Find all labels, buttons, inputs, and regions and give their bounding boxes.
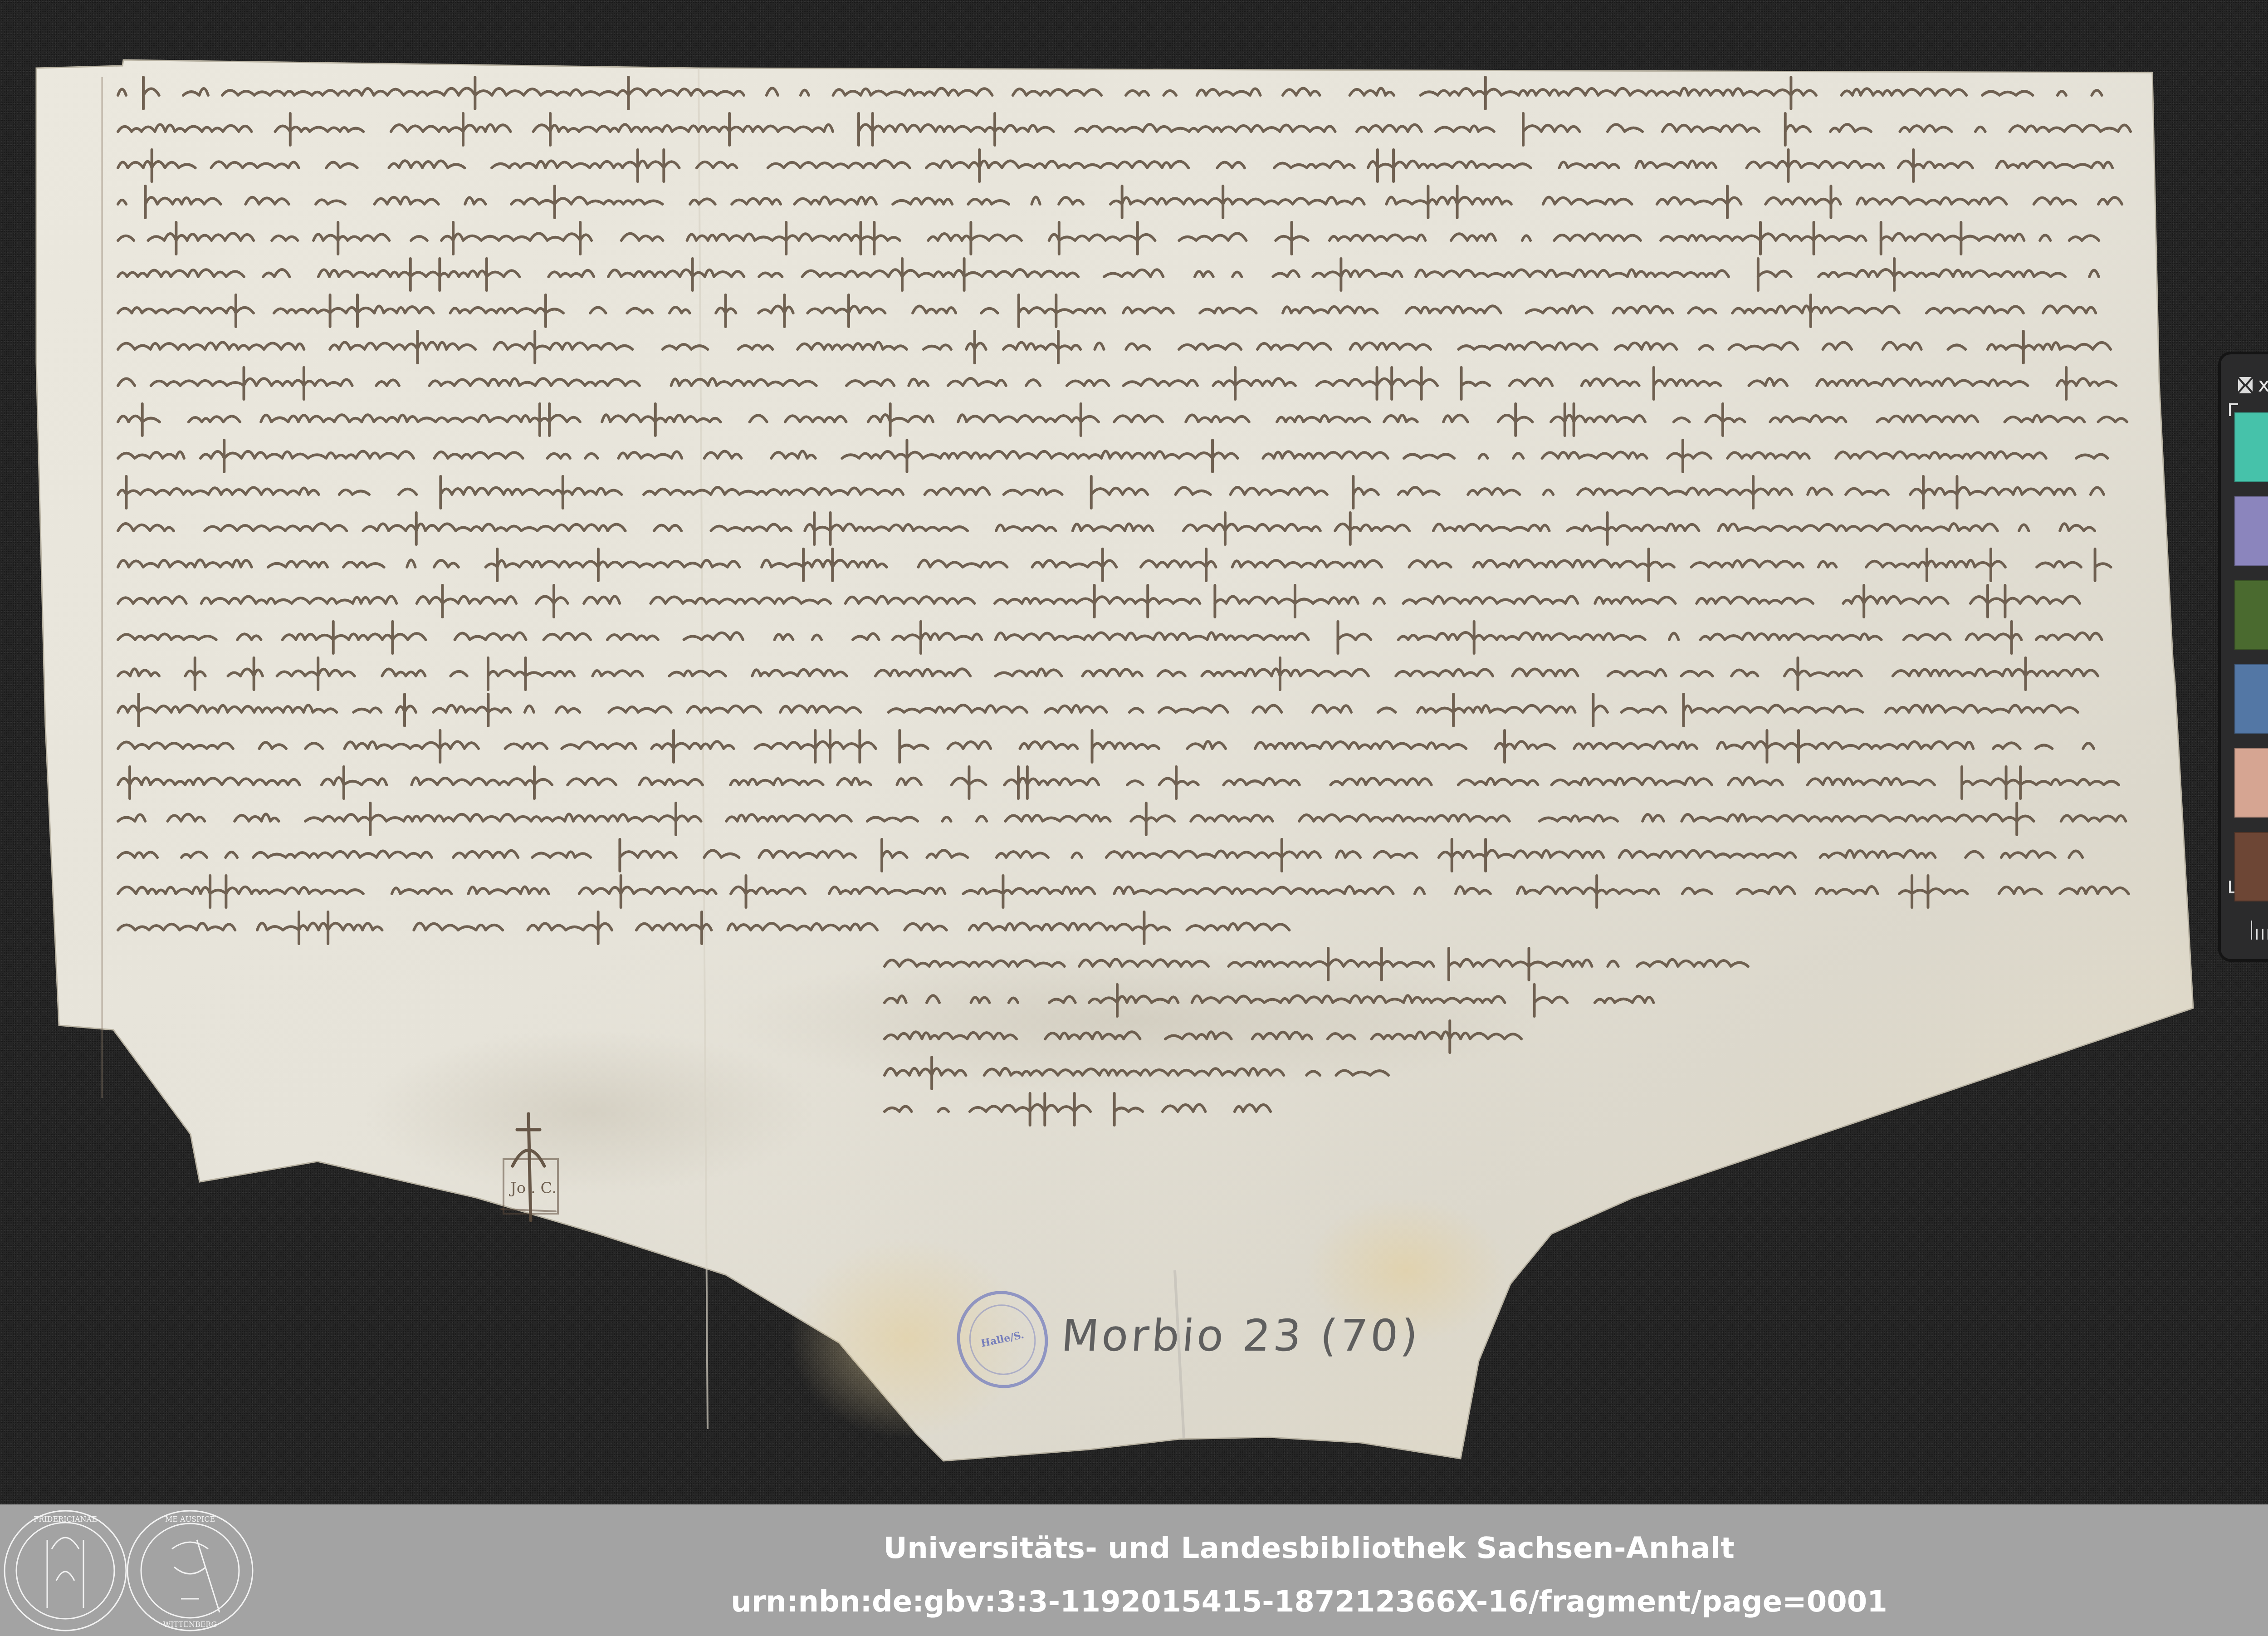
shelfmark-label: Morbio 23 (70) — [1060, 1310, 1422, 1361]
color-patch — [2234, 496, 2268, 566]
ruler-tick — [2251, 921, 2252, 940]
color-patch — [2234, 832, 2268, 901]
ruler-tick — [2256, 929, 2258, 940]
color-patch — [2234, 748, 2268, 818]
svg-text:ME AUSPICE: ME AUSPICE — [165, 1515, 215, 1523]
xrite-brand-text: x·rite — [2258, 373, 2268, 397]
svg-text:FRIDERICIANAE: FRIDERICIANAE — [34, 1515, 97, 1523]
color-patch — [2234, 580, 2268, 650]
color-patch-grid — [2234, 412, 2268, 884]
colorchecker-card: x·rite color checker CLASSIC + mm — [2218, 352, 2268, 962]
institution-name: Universitäts- und Landesbibliothek Sachs… — [0, 1532, 2268, 1565]
xrite-icon — [2237, 376, 2253, 394]
svg-text:WITTENBERG: WITTENBERG — [163, 1620, 217, 1629]
ruler-tick — [2262, 929, 2263, 940]
urn-identifier[interactable]: urn:nbn:de:gbv:3:3-1192015415-187212366X… — [0, 1585, 2268, 1619]
color-patch — [2234, 412, 2268, 482]
color-patch — [2234, 664, 2268, 734]
stamp-center-text: Halle/S. — [980, 1330, 1025, 1350]
footer-bar: FRIDERICIANAE ME AUSPICE WITTENBERG Univ… — [0, 1504, 2268, 1636]
parchment-fragment — [0, 0, 2268, 1504]
xrite-logo: x·rite — [2237, 373, 2268, 397]
mm-ruler — [2251, 917, 2268, 940]
